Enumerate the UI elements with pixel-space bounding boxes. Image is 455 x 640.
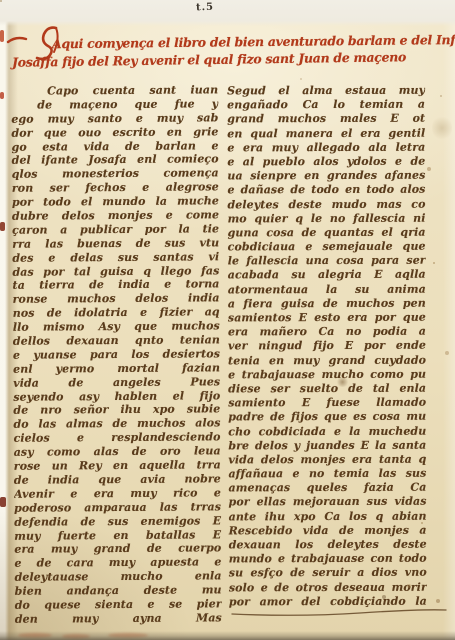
manuscript-line: a fiera guisa de muchos pen (228, 296, 426, 311)
manuscript-line: Rescebido vida de monjes a (229, 523, 427, 538)
manuscript-line: amenaças queles fazia Ca (228, 481, 426, 496)
manuscript-line: de india que avia nobre (14, 472, 221, 487)
manuscript-line: cobdiciaua e semejauale que (228, 240, 426, 255)
manuscript-page: t.5 Aqui comyença el libro del bien aven… (0, 0, 455, 640)
manuscript-line: era muy grand de cuerpo (14, 542, 221, 557)
manuscript-line: vida delos monjes era tanta q (228, 453, 426, 468)
ink-stain (336, 377, 349, 387)
manuscript-line: atormentaua la su anima (228, 282, 426, 297)
manuscript-line: por ellas mejorauan sus vidas (229, 495, 427, 510)
margin-red-tick (0, 30, 4, 42)
text-column-right: Segud el alma estaua muyengañado Ca lo t… (227, 84, 427, 610)
manuscript-line: Capo cuenta sant iuan (11, 83, 218, 98)
text-column-left: Capo cuenta sant iuande maçeno que fue y… (11, 83, 222, 626)
manuscript-line: le fallescia una cosa para ser (228, 254, 426, 269)
manuscript-line: e dañase de todo en todo alos (227, 183, 425, 198)
manuscript-line: tenia en muy grand cuydado (228, 353, 426, 368)
manuscript-line: des e delas sus santas vi (12, 250, 219, 265)
manuscript-line: das por tal guisa q llego fas (12, 264, 219, 279)
manuscript-line: poderoso amparaua las trras (14, 500, 221, 515)
manuscript-line: e al pueblo alos ydolos e de (227, 155, 425, 170)
manuscript-line: dubre delos monjes e come (12, 208, 219, 223)
paper-speckles (0, 0, 2, 2)
manuscript-line: de nro señor ihu xpo subie (13, 403, 220, 418)
manuscript-line: engañado Ca lo temian a (227, 98, 425, 113)
pen-flourish-icon (230, 604, 448, 618)
manuscript-line: cho cobdiciada e la muchedu (228, 424, 426, 439)
margin-red-tick (0, 92, 4, 99)
manuscript-line: cielos e resplandesciendo (14, 431, 221, 446)
folio-signature-mark: t.5 (196, 2, 214, 15)
manuscript-line: Avenir e era muy rico e (14, 486, 221, 501)
manuscript-line: samiento E fuese llamado (228, 396, 426, 411)
manuscript-line: do quese sienta e se pier (15, 597, 222, 612)
manuscript-line: ver ningud fijo E por ende (228, 339, 426, 354)
manuscript-line: go esta vida de barlan e (11, 139, 218, 154)
manuscript-line: grand muchos males E ot (227, 112, 425, 127)
manuscript-line: nos de idolatria e fizier aq (13, 306, 220, 321)
manuscript-line: defendia de sus enemigos E (14, 514, 221, 529)
manuscript-line: dor que ouo escrito en grie (11, 125, 218, 140)
manuscript-line: solo e de otros deseaua morir (229, 580, 427, 595)
manuscript-line: rose un Rey en aquella trra (14, 458, 221, 473)
manuscript-line: del ifante Josafa enl comieço (12, 153, 219, 168)
manuscript-line: ante ihu xpo Ca los q abian (229, 509, 427, 524)
manuscript-line: e de cara muy apuesta e (14, 556, 221, 571)
manuscript-line: e trabajauase mucho como pu (228, 367, 426, 382)
manuscript-line: bien andança deste mu (15, 583, 222, 598)
manuscript-line: padre de fijos que es cosa mu (228, 410, 426, 425)
margin-red-tick (0, 497, 6, 507)
manuscript-line: era mañero Ca no podia a (228, 325, 426, 340)
manuscript-line: çaron a publicar por la tie (12, 222, 219, 237)
manuscript-line: dellos dexauan qnto tenian (13, 333, 220, 348)
manuscript-line: do las almas de muchos alos (13, 417, 220, 432)
manuscript-line: den muy ayna Mas (15, 611, 222, 626)
manuscript-line: Segud el alma estaua muy (227, 84, 425, 99)
manuscript-line: deleytes deste mudo mas co (227, 197, 425, 212)
manuscript-line: qlos monesterios comença (12, 167, 219, 182)
margin-red-tick (0, 222, 5, 231)
manuscript-line: asy como alas de oro leua (14, 444, 221, 459)
manuscript-line: ego muy santo e muy sab (11, 111, 218, 126)
manuscript-line: acabada su alegria E aqlla (228, 268, 426, 283)
manuscript-line: mundo e trabajauase con todo (229, 552, 427, 567)
manuscript-line: mo quier q le no fallescia ni (228, 211, 426, 226)
manuscript-line: dexauan los deleytes deste (229, 538, 427, 553)
manuscript-line: vida de angeles Pues (13, 375, 220, 390)
manuscript-line: e yuanse para los desiertos (13, 347, 220, 362)
manuscript-line: ronse muchos delos india (13, 292, 220, 307)
manuscript-line: rra las buenas de sus vtu (12, 236, 219, 251)
manuscript-line: en qual manera el era gentil (227, 126, 425, 141)
paper-stain (432, 115, 452, 141)
manuscript-line: ta tierra de india e torna (12, 278, 219, 293)
manuscript-line: ron ser fechos e alegrose (12, 181, 219, 196)
manuscript-line: llo mismo Asy que muchos (13, 319, 220, 334)
manuscript-line: affañaua e no temia las sus (228, 467, 426, 482)
manuscript-line: enl yermo mortal fazian (13, 361, 220, 376)
manuscript-line: por todo el mundo la muche (12, 194, 219, 209)
manuscript-line: samientos E esto era por que (228, 311, 426, 326)
manuscript-line: su esfço de seruir a dios vno (229, 566, 427, 581)
manuscript-line: diese ser suelto de tal enla (228, 382, 426, 397)
manuscript-line: deleytauase mucho enla (15, 569, 222, 584)
manuscript-line: de maçeno que fue y (11, 97, 218, 112)
manuscript-line: ua sienpre en grandes afanes (227, 169, 425, 184)
manuscript-line: seyendo asy hablen el fijo (13, 389, 220, 404)
page-bottom-edge (0, 631, 455, 640)
manuscript-line: guna cosa de quantas el qria (228, 226, 426, 241)
manuscript-line: muy fuerte en batallas E (14, 528, 221, 543)
manuscript-line: bre delos y juandes E la santa (228, 438, 426, 453)
manuscript-line: e era muy allegado ala letra (227, 140, 425, 155)
